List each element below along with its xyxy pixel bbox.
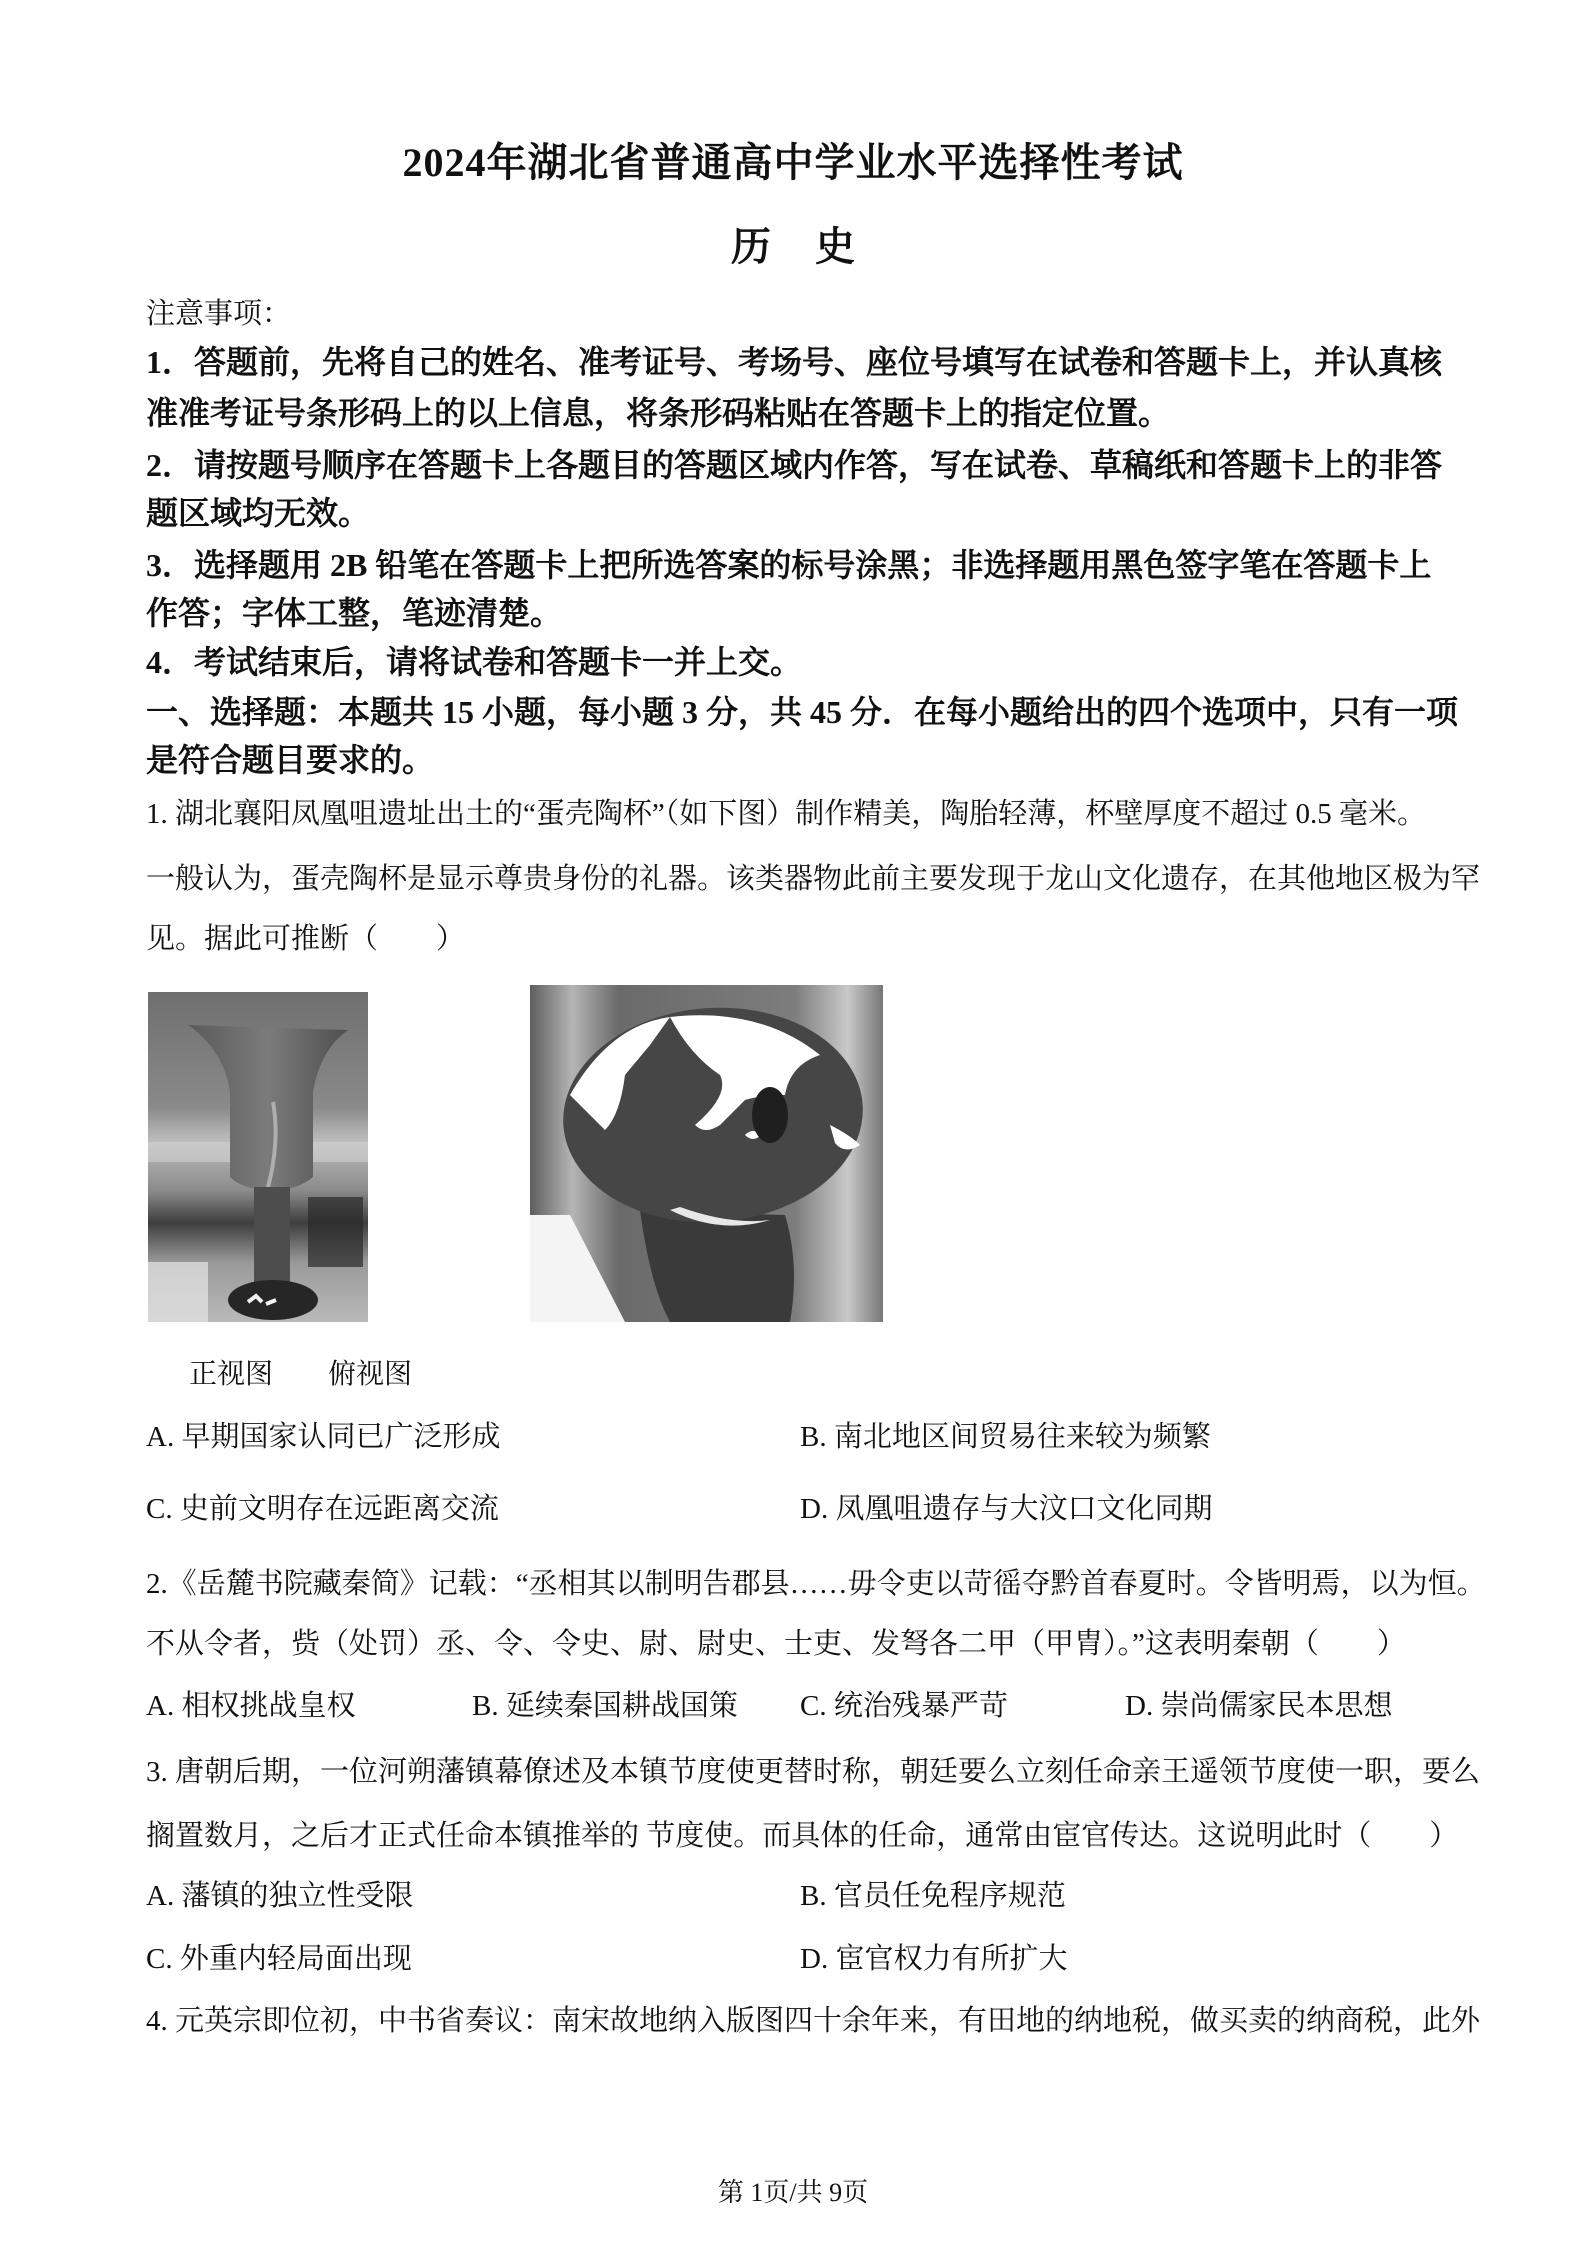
q2-option-a[interactable]: A. 相权挑战皇权 bbox=[146, 1692, 355, 1721]
question-1-text: 1. 湖北襄阳凤凰咀遗址出土的“蛋壳陶杯”（如下图）制作精美，陶胎轻薄，杯壁厚度… bbox=[146, 800, 1426, 829]
q2-option-c[interactable]: C. 统治残暴严苛 bbox=[800, 1692, 1008, 1721]
q1-option-c[interactable]: C. 史前文明存在远距离交流 bbox=[146, 1495, 499, 1524]
notice-line: 4．考试结束后，请将试卷和答题卡一并上交。 bbox=[146, 646, 802, 678]
page-number: 第 1页/共 9页 bbox=[0, 2180, 1586, 2206]
q1-option-a[interactable]: A. 早期国家认同已广泛形成 bbox=[146, 1423, 500, 1452]
subject-char-1: 历 bbox=[731, 227, 771, 267]
notice-line: 2．请按题号顺序在答题卡上各题目的答题区域内作答，写在试卷、草稿纸和答题卡上的非… bbox=[146, 449, 1442, 481]
question-1-text: 一般认为，蛋壳陶杯是显示尊贵身份的礼器。该类器物此前主要发现于龙山文化遗存，在其… bbox=[146, 865, 1480, 894]
question-2-text: 不从令者，赀（处罚）丞、令、令史、尉、尉史、士吏、发弩各二甲（甲胄）。”这表明秦… bbox=[146, 1630, 1406, 1659]
q3-option-c[interactable]: C. 外重内轻局面出现 bbox=[146, 1945, 412, 1974]
notice-line: 3．选择题用 2B 铅笔在答题卡上把所选答案的标号涂黑；非选择题用黑色签字笔在答… bbox=[146, 549, 1431, 581]
question-1-text: 见。据此可推断（ ） bbox=[146, 925, 465, 954]
notices-heading: 注意事项： bbox=[146, 300, 291, 329]
subject-title: 历史 bbox=[0, 227, 1586, 267]
question-3-text: 3. 唐朝后期，一位河朔藩镇幕僚述及本镇节度使更替时称，朝廷要么立刻任命亲王遥领… bbox=[146, 1758, 1480, 1787]
q3-option-b[interactable]: B. 官员任免程序规范 bbox=[800, 1882, 1066, 1911]
notice-line: 作答；字体工整，笔迹清楚。 bbox=[146, 597, 562, 629]
q3-option-d[interactable]: D. 宦官权力有所扩大 bbox=[800, 1945, 1067, 1974]
section-heading: 一、选择题：本题共 15 小题，每小题 3 分，共 45 分．在每小题给出的四个… bbox=[146, 696, 1458, 728]
top-view-photo bbox=[530, 985, 883, 1322]
section-heading: 是符合题目要求的。 bbox=[146, 744, 434, 776]
caption-top-view: 俯视图 bbox=[328, 1361, 412, 1389]
q2-option-b[interactable]: B. 延续秦国耕战国策 bbox=[472, 1692, 738, 1721]
notice-line: 准准考证号条形码上的以上信息，将条形码粘贴在答题卡上的指定位置。 bbox=[146, 397, 1170, 429]
caption-front-view: 正视图 bbox=[189, 1361, 273, 1389]
exam-title: 2024年湖北省普通高中学业水平选择性考试 bbox=[0, 143, 1586, 183]
front-view-photo bbox=[148, 992, 368, 1322]
subject-char-2: 史 bbox=[815, 227, 855, 267]
q1-option-d[interactable]: D. 凤凰咀遗存与大汶口文化同期 bbox=[800, 1495, 1212, 1524]
question-2-text: 2.《岳麓书院藏秦简》记载：“丞相其以制明告郡县……毋令吏以苛徭夺黔首春夏时。令… bbox=[146, 1570, 1486, 1599]
question-4-text: 4. 元英宗即位初，中书省奏议：南宋故地纳入版图四十余年来，有田地的纳地税，做买… bbox=[146, 2007, 1480, 2036]
q1-option-b[interactable]: B. 南北地区间贸易往来较为频繁 bbox=[800, 1423, 1211, 1452]
notice-line: 题区域均无效。 bbox=[146, 497, 370, 529]
question-3-text: 搁置数月，之后才正式任命本镇推举的 节度使。而具体的任命，通常由宦官传达。这说明… bbox=[146, 1822, 1458, 1851]
q2-option-d[interactable]: D. 崇尚儒家民本思想 bbox=[1125, 1692, 1392, 1721]
q3-option-a[interactable]: A. 藩镇的独立性受限 bbox=[146, 1882, 413, 1911]
notice-line: 1．答题前，先将自己的姓名、准考证号、考场号、座位号填写在试卷和答题卡上，并认真… bbox=[146, 346, 1442, 378]
